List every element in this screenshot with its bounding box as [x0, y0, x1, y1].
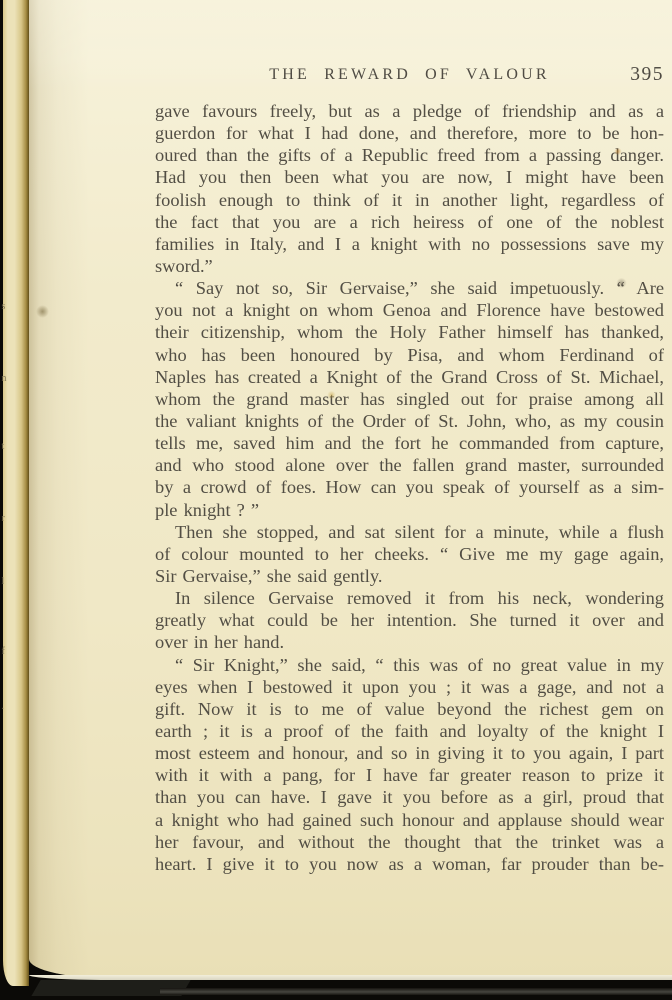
text-line: the fact that you are a rich heiress of … — [155, 211, 664, 233]
text-line: sword.” — [155, 255, 664, 277]
text-line: heart. I give it to you now as a woman, … — [155, 853, 664, 875]
text-line: her favour, and without the thought that… — [155, 831, 664, 853]
text-line: ple knight ? ” — [155, 499, 664, 521]
facing-page-text-fragment: s — [2, 300, 11, 312]
text-line: earth ; it is a proof of the faith and l… — [155, 720, 664, 742]
text-line: and who stood alone over the fallen gran… — [155, 454, 664, 476]
text-line: guerdon for what I had done, and therefo… — [155, 122, 664, 144]
text-line: gift. Now it is to me of value beyond th… — [155, 698, 664, 720]
facing-page-text-fragment: r — [2, 512, 11, 524]
text-line: the valiant knights of the Order of St. … — [155, 410, 664, 432]
facing-page-text-fragment: . — [2, 700, 11, 712]
text-line: Naples has created a Knight of the Grand… — [155, 366, 664, 388]
book-page: THE REWARD OF VALOUR 395 gave favours fr… — [29, 0, 672, 979]
facing-page-text-fragment: n — [2, 372, 11, 384]
text-block: gave favours freely, but as a pledge of … — [155, 100, 664, 875]
facing-page-text-fragment: l — [2, 575, 11, 587]
text-line: their citizenship, whom the Holy Father … — [155, 321, 664, 343]
running-header: THE REWARD OF VALOUR 395 — [155, 64, 664, 88]
text-line: “ Say not so, Sir Gervaise,” she said im… — [155, 277, 664, 299]
facing-page-text-fragment: t — [2, 440, 11, 452]
table-reflection — [160, 988, 672, 995]
text-line: families in Italy, and I a knight with n… — [155, 233, 664, 255]
text-line: Then she stopped, and sat silent for a m… — [155, 521, 664, 543]
text-line: of colour mounted to her cheeks. “ Give … — [155, 543, 664, 565]
text-line: who has been honoured by Pisa, and whom … — [155, 344, 664, 366]
text-line: In silence Gervaise removed it from his … — [155, 587, 664, 609]
text-line: Sir Gervaise,” she said gently. — [155, 565, 664, 587]
text-line: foolish enough to think of it in another… — [155, 189, 664, 211]
text-line: you not a knight on whom Genoa and Flore… — [155, 299, 664, 321]
text-line: over in her hand. — [155, 631, 664, 653]
text-line: than you can have. I gave it you before … — [155, 786, 664, 808]
facing-page-edge — [3, 0, 29, 986]
text-line: whom the grand master has singled out fo… — [155, 388, 664, 410]
text-line: by a crowd of foes. How can you speak of… — [155, 476, 664, 498]
text-line: a knight who had gained such honour and … — [155, 809, 664, 831]
text-line: most esteem and honour, and so in giving… — [155, 742, 664, 764]
text-line: eyes when I bestowed it upon you ; it wa… — [155, 676, 664, 698]
facing-page-text-fragment: f — [2, 645, 11, 657]
text-line: greatly what could be her intention. She… — [155, 609, 664, 631]
chapter-title: THE REWARD OF VALOUR — [269, 66, 549, 84]
page-number: 395 — [630, 64, 664, 86]
text-line: oured than the gifts of a Republic freed… — [155, 144, 664, 166]
text-line: gave favours freely, but as a pledge of … — [155, 100, 664, 122]
text-line: “ Sir Knight,” she said, “ this was of n… — [155, 654, 664, 676]
text-line: Had you then been what you are now, I mi… — [155, 166, 664, 188]
text-line: with it with a pang, for I have far grea… — [155, 764, 664, 786]
text-line: tells me, saved him and the fort he comm… — [155, 432, 664, 454]
